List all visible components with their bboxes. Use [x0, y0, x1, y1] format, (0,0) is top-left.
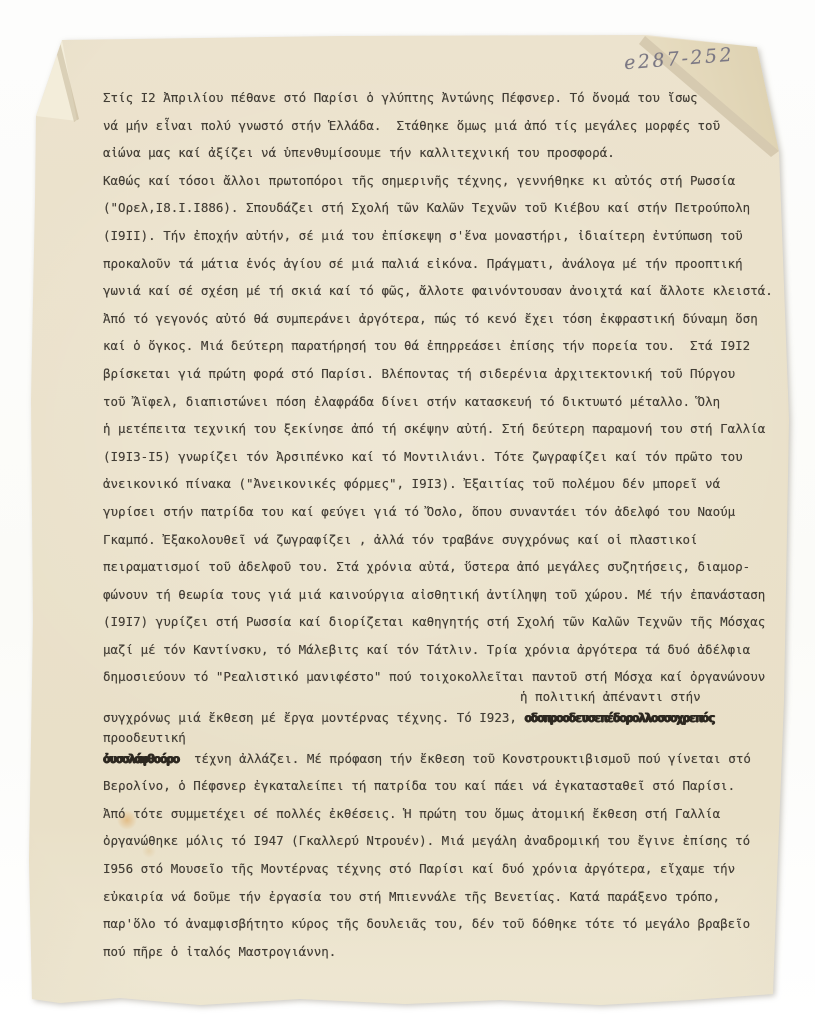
typed-text: Στίς I2 Ἀπριλίου πέθανε στό Παρίσι ὁ γλύ…	[103, 84, 793, 965]
interlinear-insertion: ἡ πολιτική ἀπέναντι στήν	[520, 690, 701, 704]
typed-text-segment: τοῦ Ἄϊφελ, διαπιστώνει πόση ἐλαφράδα δίν…	[103, 394, 720, 409]
typed-text-segment: πού πῆρε ὁ ἰταλός Μαστρογιάννη.	[103, 944, 336, 959]
typed-text-segment: Ἀπό τότε συμμετέχει σέ πολλές ἐκθέσεις. …	[103, 806, 720, 821]
interlinear-insertion: προοδευτική	[103, 731, 186, 745]
typed-text-segment: I956 στό Μουσεῖο τῆς Μοντέρνας τέχνης στ…	[103, 861, 735, 876]
text-line: Καθώς καί τόσοι ἄλλοι πρωτοπόροι τῆς σημ…	[103, 167, 793, 195]
text-line: φώνουν τή θεωρία τους γιά μιά καινούργια…	[103, 581, 793, 609]
text-line: ("Ορελ,I8.I.I886). Σπουδάζει στή Σχολή τ…	[103, 194, 793, 222]
typed-text-segment: Καθώς καί τόσοι ἄλλοι πρωτοπόροι τῆς σημ…	[103, 173, 735, 188]
text-line: συγχρόνως μιά ἔκθεση μέ ἔργα μοντέρνας τ…	[103, 704, 793, 732]
text-line: πού πῆρε ὁ ἰταλός Μαστρογιάννη.	[103, 938, 793, 966]
typed-text-segment: φώνουν τή θεωρία τους γιά μιά καινούργια…	[103, 587, 765, 602]
struck-out-text: οδοπροοδευσεπέδορολλοσσοχρεπός	[524, 710, 714, 725]
typed-text-segment: Στίς I2 Ἀπριλίου πέθανε στό Παρίσι ὁ γλύ…	[103, 90, 698, 105]
text-line: πειραματισμοί τοῦ ἀδελφοῦ του. Στά χρόνι…	[103, 553, 793, 581]
text-line: ὀργανώθηκε μόλις τό I947 (Γκαλλερύ Ντρου…	[103, 827, 793, 855]
typed-text-segment: ἀνεικονικό πίνακα ("Ἀνεικονικές φόρμες",…	[103, 476, 720, 491]
text-line: τοῦ Ἄϊφελ, διαπιστώνει πόση ἐλαφράδα δίν…	[103, 388, 793, 416]
typed-text-segment: προκαλοῦν τά μάτια ἑνός ἁγίου σέ μιά παλ…	[103, 256, 743, 271]
text-line: αἰώνα μας καί ἀξίζει νά ὑπενθυμίσουμε τή…	[103, 139, 793, 167]
text-line: (I9I7) γυρίζει στή Ρωσσία καί διορίζεται…	[103, 608, 793, 636]
typed-text-segment: βρίσκεται γιά πρώτη φορά στό Παρίσι. Βλέ…	[103, 366, 735, 381]
typed-text-segment: Ἀπό τό γεγονός αὐτό θά συμπεράνει ἀργότε…	[103, 311, 758, 326]
typed-text-segment: γυρίσει στήν πατρίδα του καί φεύγει γιά …	[103, 504, 735, 519]
text-line: ἀνεικονικό πίνακα ("Ἀνεικονικές φόρμες",…	[103, 470, 793, 498]
scan-background: e287-252 Στίς I2 Ἀπριλίου πέθανε στό Παρ…	[0, 0, 815, 1024]
typed-text-segment: συγχρόνως μιά ἔκθεση μέ ἔργα μοντέρνας τ…	[103, 710, 524, 725]
typed-text-segment: ("Ορελ,I8.I.I886). Σπουδάζει στή Σχολή τ…	[103, 200, 750, 215]
text-line: γωνιά καί σέ σχέση μέ τή σκιά καί τό φῶς…	[103, 277, 793, 305]
typed-text-segment: πειραματισμοί τοῦ ἀδελφοῦ του. Στά χρόνι…	[103, 559, 750, 574]
text-line: νά μήν εἶναι πολύ γνωστό στήν Ἑλλάδα. Στ…	[103, 112, 793, 140]
typed-text-segment: καί ὁ ὄγκος. Μιά δεύτερη παρατήρησή του …	[103, 338, 750, 353]
typed-text-segment: ἡ μετέπειτα τεχνική του ξεκίνησε ἀπό τή …	[103, 421, 765, 436]
text-line: γυρίσει στήν πατρίδα του καί φεύγει γιά …	[103, 498, 793, 526]
text-line: Γκαμπό. Ἐξακολουθεῖ νά ζωγραφίζει , ἀλλά…	[103, 526, 793, 554]
text-line: ὀυσσλάφθοόρο τέχνη ἀλλάζει. Μέ πρόφαση τ…	[103, 745, 793, 773]
text-line: προκαλοῦν τά μάτια ἑνός ἁγίου σέ μιά παλ…	[103, 250, 793, 278]
paper-shadow-wrap: e287-252 Στίς I2 Ἀπριλίου πέθανε στό Παρ…	[0, 0, 815, 1024]
text-line: καί ὁ ὄγκος. Μιά δεύτερη παρατήρησή του …	[103, 332, 793, 360]
text-line: Ἀπό τότε συμμετέχει σέ πολλές ἐκθέσεις. …	[103, 800, 793, 828]
typed-text-segment: δημοσιεύουν τό "Ρεαλιστικό μανιφέστο" πο…	[103, 669, 765, 684]
text-line: ἡ μετέπειτα τεχνική του ξεκίνησε ἀπό τή …	[103, 415, 793, 443]
typed-text-segment: Γκαμπό. Ἐξακολουθεῖ νά ζωγραφίζει , ἀλλά…	[103, 532, 698, 547]
typed-text-segment: παρ'ὅλο τό ἀναμφισβήτητο κύρος τῆς δουλε…	[103, 916, 750, 931]
text-line: (I9I3-I5) γνωρίζει τόν Ἀρσιπένκο καί τό …	[103, 443, 793, 471]
text-line: I956 στό Μουσεῖο τῆς Μοντέρνας τέχνης στ…	[103, 855, 793, 883]
text-line: εὐκαιρία νά δοῦμε τήν ἐργασία του στή Μπ…	[103, 883, 793, 911]
text-line: Στίς I2 Ἀπριλίου πέθανε στό Παρίσι ὁ γλύ…	[103, 84, 793, 112]
typed-text-segment: εὐκαιρία νά δοῦμε τήν ἐργασία του στή Μπ…	[103, 889, 720, 904]
typescript-page: e287-252 Στίς I2 Ἀπριλίου πέθανε στό Παρ…	[0, 0, 815, 1024]
typed-text-segment: (I9I3-I5) γνωρίζει τόν Ἀρσιπένκο καί τό …	[103, 449, 743, 464]
text-line: Βερολίνο, ὁ Πέφσνερ ἐγκαταλείπει τή πατρ…	[103, 772, 793, 800]
typed-text-segment: μαζί μέ τόν Καντίνσκυ, τό Μάλεβιτς καί τ…	[103, 642, 750, 657]
text-line: παρ'ὅλο τό ἀναμφισβήτητο κύρος τῆς δουλε…	[103, 910, 793, 938]
typed-text-segment: (I9II). Τήν ἐποχήν αὐτήν, σέ μιά του ἐπί…	[103, 228, 743, 243]
typed-text-segment: γωνιά καί σέ σχέση μέ τή σκιά καί τό φῶς…	[103, 283, 773, 298]
typed-text-segment: (I9I7) γυρίζει στή Ρωσσία καί διορίζεται…	[103, 614, 765, 629]
typed-text-segment: τέχνη ἀλλάζει. Μέ πρόφαση τήν ἔκθεση τοῦ…	[179, 751, 751, 766]
struck-out-text: ὀυσσλάφθοόρο	[103, 751, 179, 766]
typed-text-segment: Βερολίνο, ὁ Πέφσνερ ἐγκαταλείπει τή πατρ…	[103, 778, 735, 793]
typed-text-segment: νά μήν εἶναι πολύ γνωστό στήν Ἑλλάδα. Στ…	[103, 118, 720, 133]
text-line: Ἀπό τό γεγονός αὐτό θά συμπεράνει ἀργότε…	[103, 305, 793, 333]
text-line: δημοσιεύουν τό "Ρεαλιστικό μανιφέστο" πο…	[103, 663, 793, 691]
text-line: μαζί μέ τόν Καντίνσκυ, τό Μάλεβιτς καί τ…	[103, 636, 793, 664]
text-line: βρίσκεται γιά πρώτη φορά στό Παρίσι. Βλέ…	[103, 360, 793, 388]
text-line: (I9II). Τήν ἐποχήν αὐτήν, σέ μιά του ἐπί…	[103, 222, 793, 250]
typed-text-segment: ὀργανώθηκε μόλις τό I947 (Γκαλλερύ Ντρου…	[103, 833, 750, 848]
typed-text-segment: αἰώνα μας καί ἀξίζει νά ὑπενθυμίσουμε τή…	[103, 145, 615, 160]
